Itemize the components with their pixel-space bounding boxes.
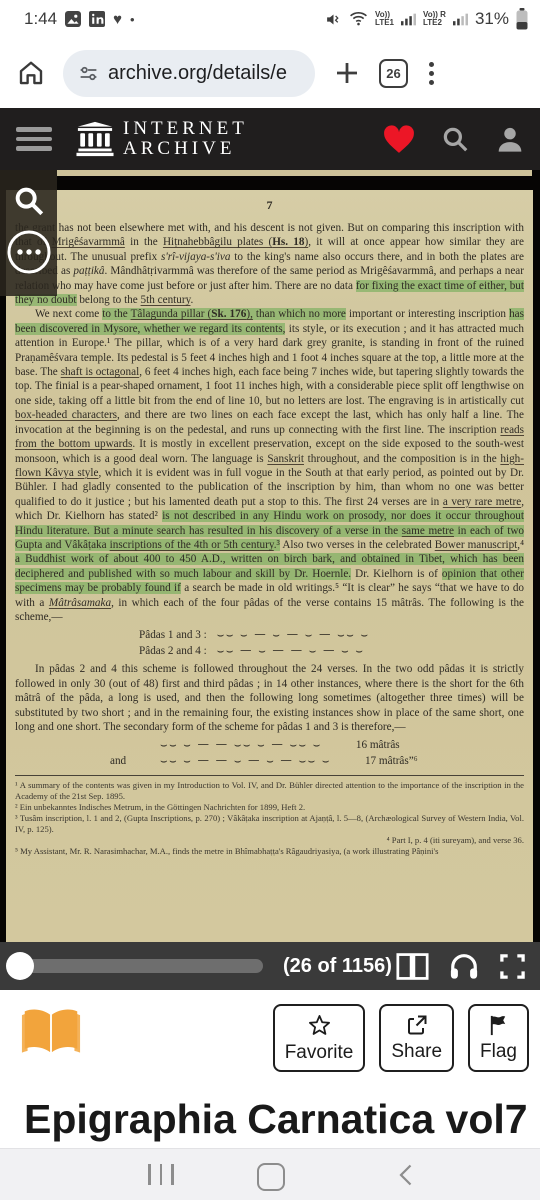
search-icon[interactable] bbox=[440, 124, 470, 154]
page-number: 7 bbox=[15, 198, 524, 213]
tab-switcher-button[interactable]: 26 bbox=[379, 59, 408, 88]
book-title: Epigraphia Carnatica vol7 bbox=[0, 1091, 540, 1148]
site-settings-icon[interactable] bbox=[78, 63, 99, 84]
scrubber-thumb[interactable] bbox=[6, 952, 34, 980]
bookreader: 7 the grant has not been elsewhere met w… bbox=[0, 170, 540, 990]
back-button[interactable] bbox=[398, 1163, 413, 1187]
battery-icon bbox=[516, 8, 528, 30]
read-aloud-icon[interactable] bbox=[449, 952, 479, 980]
search-inside-icon[interactable] bbox=[12, 184, 46, 218]
reader-bottom-bar: (26 of 1156) bbox=[0, 942, 540, 990]
home-button[interactable] bbox=[16, 58, 46, 88]
gallery-notification-icon bbox=[65, 11, 81, 27]
page-paragraph: the grant has not been elsewhere met wit… bbox=[15, 221, 524, 307]
share-icon bbox=[405, 1013, 429, 1037]
android-status-bar: 1:44 ♥ • Vo)) LTE1 bbox=[0, 0, 540, 38]
footnote: ⁴ Part I, p. 4 (iti sureyam), and verse … bbox=[15, 835, 524, 846]
linkedin-notification-icon bbox=[89, 11, 105, 27]
metre-scheme-row: ⌣⌣ ⌣ — — ⌣⌣ ⌣ — ⌣⌣ ⌣16 mâtrâs bbox=[110, 737, 524, 753]
page-paragraph: We next come to the Tâlagunda pillar (Sk… bbox=[15, 307, 524, 624]
volte-sim2-label: Vo)) R LTE2 bbox=[423, 11, 446, 27]
heart-notification-icon: ♥ bbox=[113, 12, 122, 27]
footnote: ¹ A summary of the contents was given in… bbox=[15, 780, 524, 802]
signal-sim2-icon bbox=[453, 13, 468, 26]
metre-scheme: Pâdas 1 and 3 :⌣⌣ ⌣ — ⌣ — ⌣ — ⌣⌣ ⌣Pâdas … bbox=[139, 627, 524, 659]
internet-archive-logo[interactable] bbox=[76, 121, 114, 157]
metre-scheme-row: Pâdas 1 and 3 :⌣⌣ ⌣ — ⌣ — ⌣ — ⌣⌣ ⌣ bbox=[139, 627, 524, 643]
clock: 1:44 bbox=[24, 9, 57, 29]
flag-icon bbox=[487, 1014, 510, 1037]
url-text[interactable]: archive.org/details/e bbox=[108, 62, 287, 85]
new-tab-button[interactable] bbox=[332, 58, 362, 88]
wifi-icon bbox=[349, 11, 368, 27]
book-page-scan[interactable]: 7 the grant has not been elsewhere met w… bbox=[6, 190, 533, 942]
share-button[interactable]: Share bbox=[379, 1004, 454, 1072]
account-icon[interactable] bbox=[494, 123, 526, 155]
recents-button[interactable] bbox=[148, 1164, 174, 1185]
screen: 1:44 ♥ • Vo)) LTE1 bbox=[0, 0, 540, 1200]
address-bar[interactable]: archive.org/details/e bbox=[63, 50, 315, 97]
metre-scheme-row: and⌣⌣ ⌣ — — ⌣ — ⌣ — ⌣⌣ ⌣17 mâtrâs”⁶ bbox=[110, 753, 524, 769]
signal-sim1-icon bbox=[401, 13, 416, 26]
book-icon bbox=[21, 1006, 81, 1056]
nav-home-button[interactable] bbox=[257, 1163, 285, 1191]
hamburger-menu-icon[interactable] bbox=[14, 123, 54, 155]
fullscreen-icon[interactable] bbox=[499, 953, 526, 980]
favorite-button[interactable]: Favorite bbox=[273, 1004, 366, 1072]
volte-sim1-label: Vo)) LTE1 bbox=[375, 11, 394, 27]
browser-toolbar: archive.org/details/e 26 bbox=[0, 38, 540, 108]
page-scrubber[interactable] bbox=[8, 959, 263, 973]
star-icon bbox=[307, 1013, 332, 1038]
item-actions: Favorite Share Flag bbox=[0, 990, 540, 1090]
status-left: 1:44 ♥ • bbox=[12, 9, 135, 29]
metre-scheme-row: Pâdas 2 and 4 :⌣⌣ — ⌣ — — ⌣ — ⌣ ⌣ bbox=[139, 643, 524, 659]
page-position-label: (26 of 1156) bbox=[283, 955, 392, 978]
metre-scheme: ⌣⌣ ⌣ — — ⌣⌣ ⌣ — ⌣⌣ ⌣16 mâtrâsand⌣⌣ ⌣ — —… bbox=[110, 737, 524, 769]
reader-side-toolbar bbox=[0, 170, 57, 296]
footnote: ² Ein unbekanntes Indisches Metrum, in t… bbox=[15, 802, 524, 813]
browser-menu-button[interactable] bbox=[425, 60, 438, 87]
internet-archive-header: INTERNET ARCHIVE bbox=[0, 108, 540, 170]
previous-page-edge bbox=[57, 170, 532, 176]
title-row: Epigraphia Carnatica vol7 bbox=[0, 1091, 540, 1148]
favorites-heart-icon[interactable] bbox=[382, 124, 416, 154]
more-options-icon[interactable] bbox=[5, 228, 53, 276]
notification-dot: • bbox=[130, 12, 135, 27]
mute-icon bbox=[325, 11, 342, 28]
internet-archive-wordmark: INTERNET ARCHIVE bbox=[123, 119, 248, 159]
footnote-rule bbox=[15, 775, 524, 776]
status-right: Vo)) LTE1 Vo)) R LTE2 31% bbox=[325, 8, 528, 30]
page-paragraph: In pâdas 2 and 4 this scheme is followed… bbox=[15, 662, 524, 734]
battery-percent: 31% bbox=[475, 9, 509, 29]
android-nav-bar bbox=[0, 1148, 540, 1200]
footnote: ⁵ My Assistant, Mr. R. Narasimhachar, M.… bbox=[15, 846, 524, 857]
flag-button[interactable]: Flag bbox=[468, 1004, 529, 1072]
two-page-view-icon[interactable] bbox=[396, 952, 429, 981]
page-text: the grant has not been elsewhere met wit… bbox=[15, 221, 524, 857]
footnote: ³ Tusâm inscription, l. 1 and 2, (Gupta … bbox=[15, 813, 524, 835]
